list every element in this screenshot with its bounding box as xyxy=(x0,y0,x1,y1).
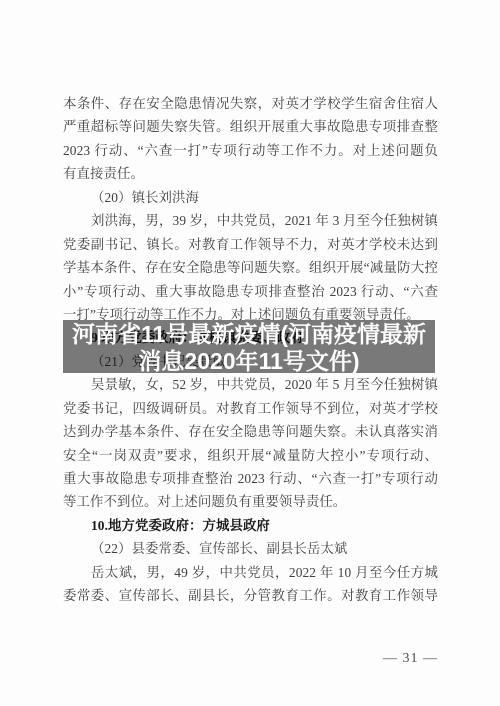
document-line: 委常委、宣传部长、副县长，分管教育工作。对教育工作领导不 xyxy=(63,584,438,607)
document-line: 安全“一岗双责”要求，组织开展“减量防大控小”专项行动、 xyxy=(63,444,438,467)
section-heading: 10.地方党委政府：方城县政府 xyxy=(63,514,438,537)
scanned-page: 本条件、存在安全隐患情况失察，对英才学校学生宿舍住宿人数严重超标等问题失察失管。… xyxy=(0,0,500,706)
document-line: 2023 行动、“六查一打”专项行动等工作不力。对上述问题负 xyxy=(63,139,438,162)
document-line: 学基本条件、存在安全隐患等问题失察。组织开展“减量防大控 xyxy=(63,256,438,279)
headline-line-2: 消息2020年11号文件) xyxy=(63,348,435,374)
document-line: （20）镇长刘洪海 xyxy=(63,186,438,209)
document-line: 重大事故隐患专项排查整治 2023 行动、“六查一打”专项行动 xyxy=(63,467,438,490)
document-line: 本条件、存在安全隐患情况失察，对英才学校学生宿舍住宿人数 xyxy=(63,92,438,115)
document-line: 刘洪海，男，39 岁，中共党员，2021 年 3 月至今任独树镇 xyxy=(63,209,438,232)
document-line: 党委书记，四级调研员。对教育工作领导不到位，对英才学校未 xyxy=(63,397,438,420)
document-line: 岳太斌，男，49 岁，中共党员，2022 年 10 月至今任方城县 xyxy=(63,561,438,584)
document-line: 党委副书记、镇长。对教育工作领导不力，对英才学校未达到办 xyxy=(63,233,438,256)
document-line: 小”专项行动、重大事故隐患专项排查整治 2023 行动、“六查 xyxy=(63,280,438,303)
page-number: — 31 — xyxy=(63,651,438,667)
document-line: 有直接责任。 xyxy=(63,162,438,185)
document-line: 等工作不到位。对上述问题负有重要领导责任。 xyxy=(63,490,438,513)
headline-overlay-banner: 河南省11号最新疫情(河南疫情最新 消息2020年11号文件) xyxy=(63,320,435,373)
headline-line-1: 河南省11号最新疫情(河南疫情最新 xyxy=(63,321,435,348)
document-line: （22）县委常委、宣传部长、副县长岳太斌 xyxy=(63,537,438,560)
document-line: 严重超标等问题失察失管。组织开展重大事故隐患专项排查整治 xyxy=(63,115,438,138)
document-line: 吴景敏，女，52 岁，中共党员，2020 年 5 月至今任独树镇 xyxy=(63,373,438,396)
document-line: 达到办学基本条件、存在安全隐患等问题失察。未认真落实消防 xyxy=(63,420,438,443)
